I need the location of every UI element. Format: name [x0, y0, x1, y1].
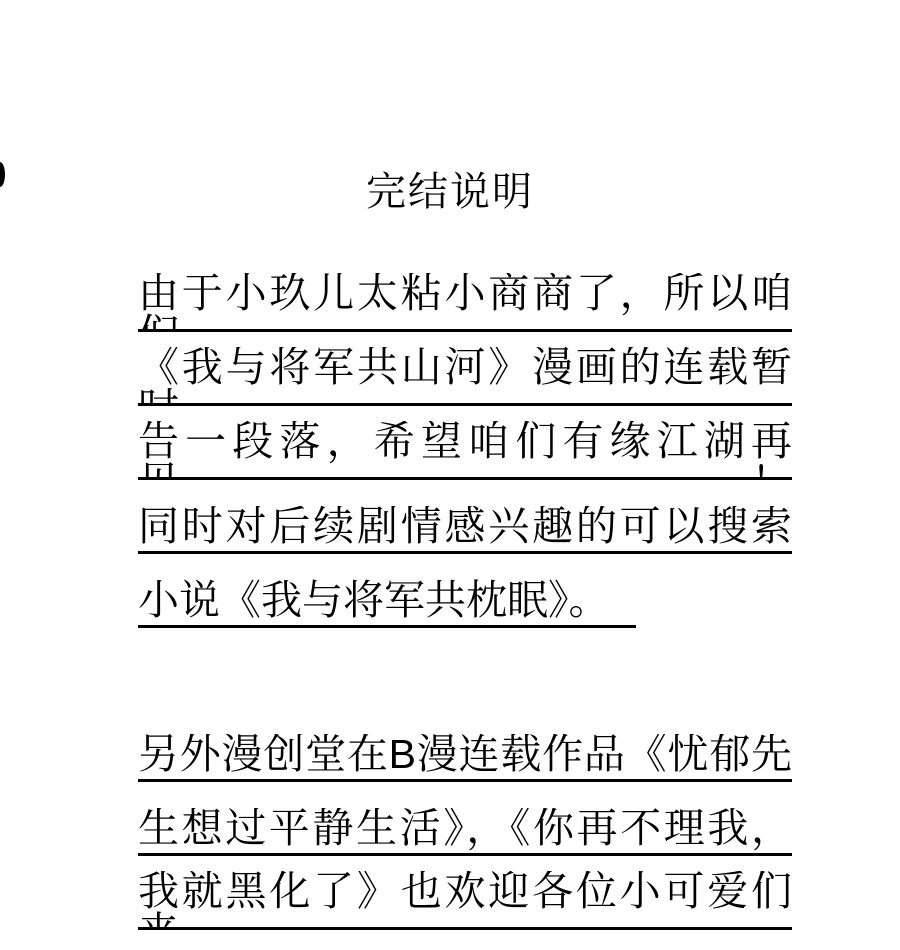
text-line: 小说《我与将军共枕眠》。	[138, 554, 792, 628]
text-line-content: 同时对后续剧情感兴趣的可以搜索	[138, 506, 792, 554]
text-line: 《我与将军共山河》漫画的连载暂时	[138, 332, 792, 406]
text-line-content: 小说《我与将军共枕眠》。	[138, 580, 636, 628]
text-line-content: 告一段落，希望咱们有缘江湖再见！	[138, 421, 792, 480]
completion-notice-page: 完结说明 由于小玖儿太粘小商商了，所以咱们 《我与将军共山河》漫画的连载暂时 告…	[0, 0, 900, 950]
paragraph-2: 另外漫创堂在B漫连载作品《忧郁先 生想过平静生活》，《你再不理我， 我就黑化了》…	[138, 708, 792, 930]
text-line: 另外漫创堂在B漫连载作品《忧郁先	[138, 708, 792, 782]
text-line: 告一段落，希望咱们有缘江湖再见！	[138, 406, 792, 480]
text-line: 生想过平静生活》，《你再不理我，	[138, 782, 792, 856]
text-line: 同时对后续剧情感兴趣的可以搜索	[138, 480, 792, 554]
text-line-content: 《我与将军共山河》漫画的连载暂时	[138, 347, 792, 406]
text-line-content: 由于小玖儿太粘小商商了，所以咱们	[138, 273, 792, 332]
text-line: 由于小玖儿太粘小商商了，所以咱们	[138, 258, 792, 332]
text-line-content: 我就黑化了》也欢迎各位小可爱们来	[138, 871, 792, 930]
text-line-content: 生想过平静生活》，《你再不理我，	[138, 808, 792, 856]
text-line: 我就黑化了》也欢迎各位小可爱们来	[138, 856, 792, 930]
paragraph-1: 由于小玖儿太粘小商商了，所以咱们 《我与将军共山河》漫画的连载暂时 告一段落，希…	[138, 258, 792, 628]
page-title: 完结说明	[0, 160, 900, 217]
text-line-content: 另外漫创堂在B漫连载作品《忧郁先	[138, 734, 792, 782]
